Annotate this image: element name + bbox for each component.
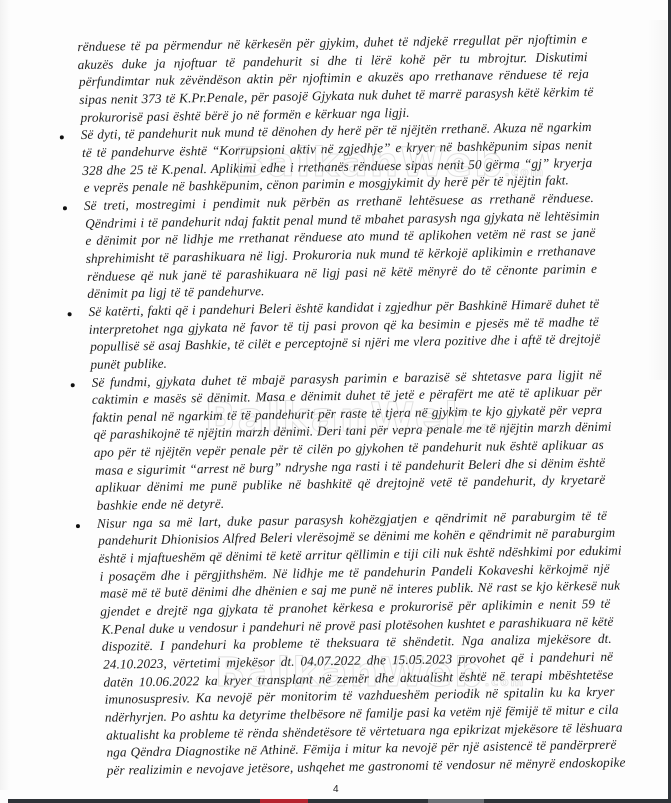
text-line: punët publike.	[90, 356, 167, 373]
bullet-icon	[60, 135, 64, 139]
bullet-icon	[76, 524, 80, 528]
document-page: rënduese të pa përmendur në kërkesën për…	[0, 0, 671, 803]
text-line: bashkie ende në detyrë.	[97, 496, 225, 514]
bullet-icon	[63, 206, 67, 210]
bullet-icon	[68, 312, 72, 316]
document-body: rënduese të pa përmendur në kërkesën për…	[0, 0, 671, 803]
bottom-progress-bar	[8, 799, 671, 803]
bottom-bar-grey-segment	[428, 799, 484, 803]
page-number: 4	[333, 784, 339, 795]
bullet-icon	[71, 383, 75, 387]
bottom-bar-red-segment	[260, 799, 308, 803]
text-line: dënimit pa ligj të të pandehurve.	[87, 283, 264, 302]
